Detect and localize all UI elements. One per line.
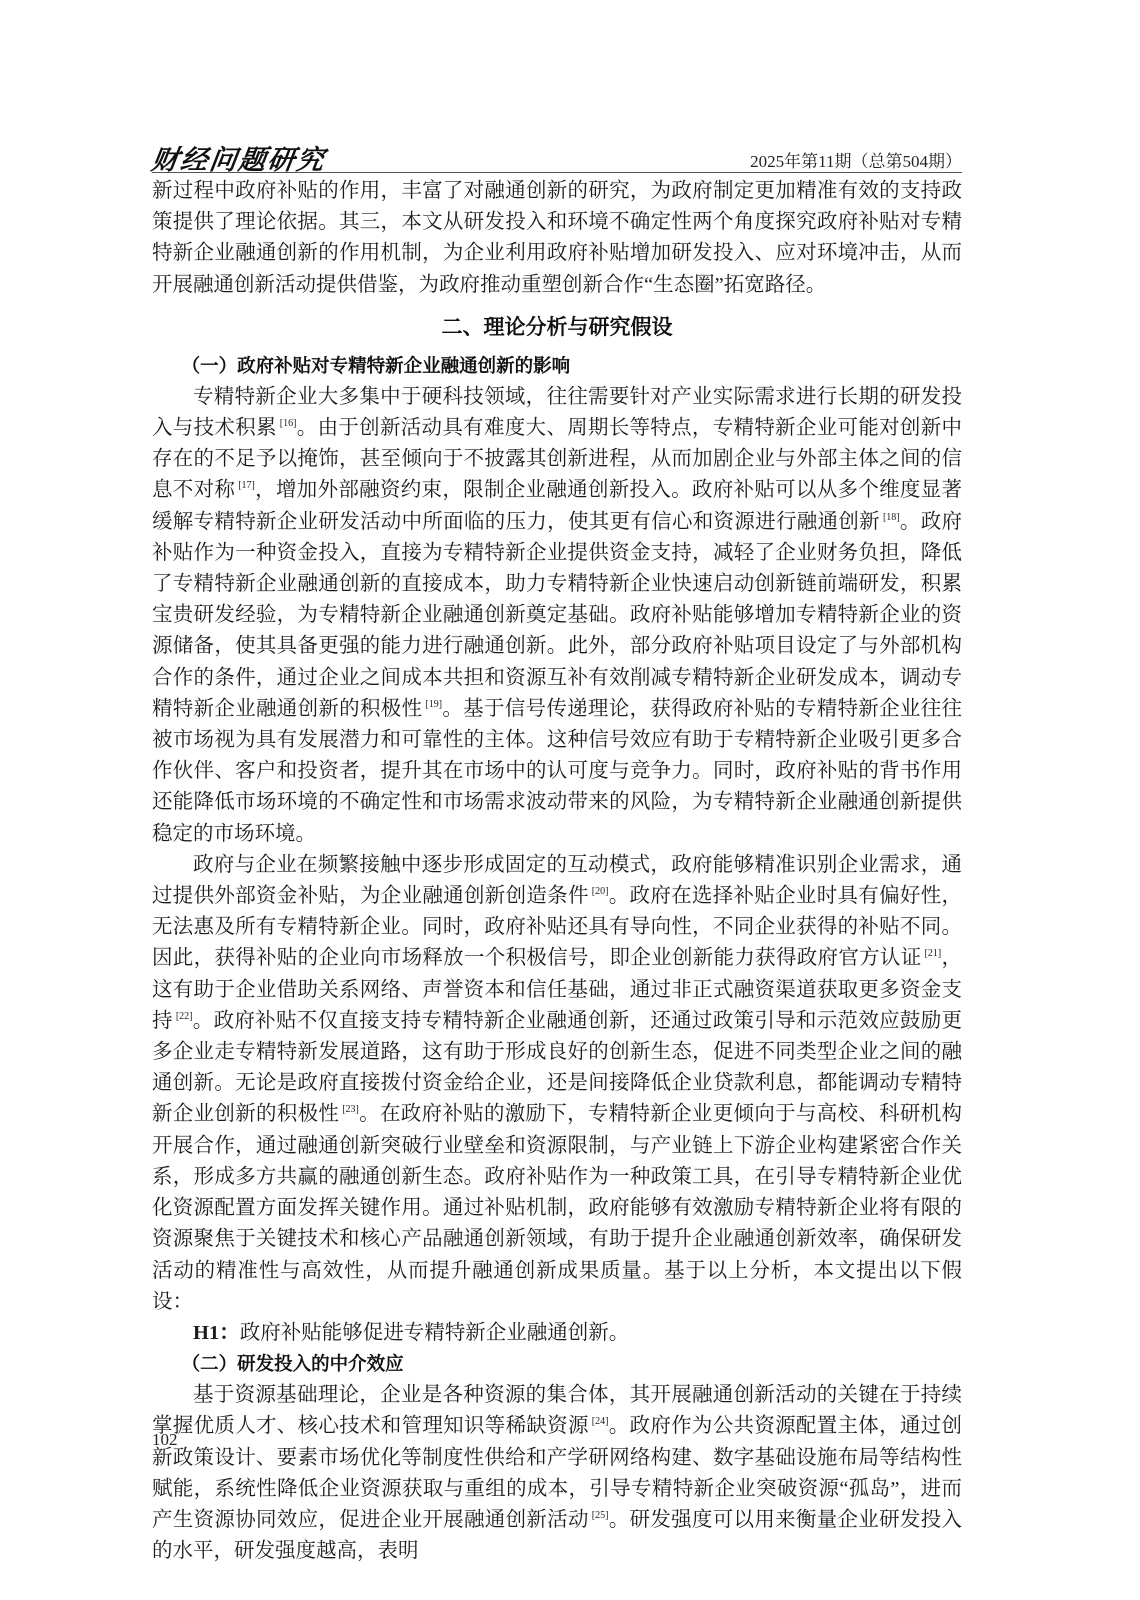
subsection-title-2: （二）研发投入的中介效应 [152,1349,962,1380]
citation: [23] [342,1104,359,1115]
citation: [22] [176,1011,193,1022]
hypothesis-h1: H1：政府补贴能够促进专精特新企业融通创新。 [152,1318,962,1349]
intro-paragraph-continued: 新过程中政府补贴的作用，丰富了对融通创新的研究，为政府制定更加精准有效的支持政策… [152,176,962,301]
citation: [18] [883,512,900,523]
paragraph: 政府与企业在频繁接触中逐步形成固定的互动模式，政府能够精准识别企业需求，通过提供… [152,850,962,1318]
citation: [16] [280,418,297,429]
citation: [17] [238,480,255,491]
subsection-title-1: （一）政府补贴对专精特新企业融通创新的影响 [152,351,962,382]
hypothesis-text: 政府补贴能够促进专精特新企业融通创新。 [240,1322,630,1344]
paragraph: 基于资源基础理论，企业是各种资源的集合体，其开展融通创新活动的关键在于持续掌握优… [152,1380,962,1567]
citation: [19] [425,699,442,710]
paragraph: 专精特新企业大多集中于硬科技领域，往往需要针对产业实际需求进行长期的研发投入与技… [152,382,962,850]
text-run: 。在政府补贴的激励下，专精特新企业更倾向于与高校、科研机构开展合作，通过融通创新… [152,1103,962,1312]
running-header: 财经问题研究 2025年第11期（总第504期） [152,138,962,173]
text-run: ，增加外部融资约束，限制企业融通创新投入。政府补贴可以从多个维度显著缓解专精特新… [152,479,962,532]
text-run: 。政府补贴作为一种资金投入，直接为专精特新企业提供资金支持，减轻了企业财务负担，… [152,511,962,720]
citation: [21] [925,948,942,959]
journal-logo: 财经问题研究 [149,138,328,177]
page-number: 102 [152,1430,178,1450]
citation: [24] [592,1416,609,1427]
article-body: 新过程中政府补贴的作用，丰富了对融通创新的研究，为政府制定更加精准有效的支持政策… [152,176,962,1567]
issue-info: 2025年第11期（总第504期） [750,147,962,172]
citation: [20] [592,886,609,897]
section-title: 二、理论分析与研究假设 [152,309,962,345]
hypothesis-label: H1： [193,1322,240,1344]
citation: [25] [592,1510,609,1521]
